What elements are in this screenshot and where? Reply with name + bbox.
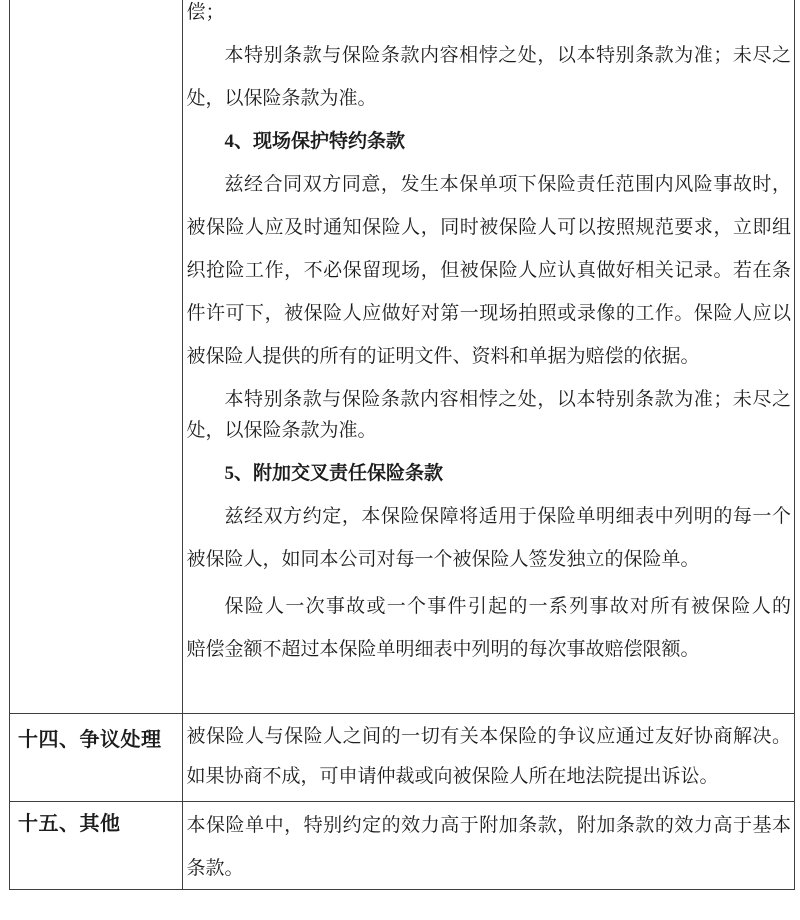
table-row-others: 十五、其他 本保险单中，特别约定的效力高于附加条款，附加条款的效力高于基本 条款… <box>10 801 794 889</box>
text-line: 本保险单中，特别约定的效力高于附加条款，附加条款的效力高于基本 <box>187 804 792 847</box>
text-line: 本特别条款与保险条款内容相悖之处，以本特别条款为准；未尽之 <box>187 34 792 77</box>
body-cell-others: 本保险单中，特别约定的效力高于附加条款，附加条款的效力高于基本 条款。 <box>183 802 795 889</box>
text-line: 被保险人应及时通知保险人，同时被保险人可以按照规范要求，立即组 <box>187 206 792 249</box>
text-line: 件许可下，被保险人应做好对第一现场拍照或录像的工作。保险人应以 <box>187 292 792 335</box>
section-label-15: 十五、其他 <box>10 802 183 889</box>
text-line: 织抢险工作，不必保留现场，但被保险人应认真做好相关记录。若在条 <box>187 249 792 292</box>
clause-heading-5: 5、附加交叉责任保险条款 <box>187 452 792 495</box>
text-line: 被保险人与保险人之间的一切有关本保险的争议应通过友好协商解决。 <box>187 717 792 757</box>
label-cell-empty <box>10 0 183 713</box>
section-label-14: 十四、争议处理 <box>10 714 183 801</box>
text-line: 兹经双方约定，本保险保障将适用于保险单明细表中列明的每一个 <box>187 495 792 538</box>
table-row-continuation: 偿； 本特别条款与保险条款内容相悖之处，以本特别条款为准；未尽之 处，以保险条款… <box>10 0 794 713</box>
text-line: 偿； <box>187 0 792 34</box>
text-line: 处，以保险条款为准。 <box>187 77 792 120</box>
policy-terms-table: 偿； 本特别条款与保险条款内容相悖之处，以本特别条款为准；未尽之 处，以保险条款… <box>9 0 795 890</box>
clause-heading-4: 4、现场保护特约条款 <box>187 120 792 163</box>
body-cell-dispute-resolution: 被保险人与保险人之间的一切有关本保险的争议应通过友好协商解决。 如果协商不成，可… <box>183 714 795 801</box>
body-cell-continuation: 偿； 本特别条款与保险条款内容相悖之处，以本特别条款为准；未尽之 处，以保险条款… <box>183 0 795 713</box>
text-line: 如果协商不成，可申请仲裁或向被保险人所在地法院提出诉讼。 <box>187 757 792 797</box>
text-line: 保险人一次事故或一个事件引起的一系列事故对所有被保险人的 <box>187 585 792 628</box>
text-line: 兹经合同双方同意，发生本保单项下保险责任范围内风险事故时， <box>187 163 792 206</box>
table-row-dispute-resolution: 十四、争议处理 被保险人与保险人之间的一切有关本保险的争议应通过友好协商解决。 … <box>10 713 794 801</box>
text-line: 被保险人提供的所有的证明文件、资料和单据为赔偿的依据。 <box>187 335 792 378</box>
text-line: 赔偿金额不超过本保险单明细表中列明的每次事故赔偿限额。 <box>187 628 792 671</box>
document-page: 偿； 本特别条款与保险条款内容相悖之处，以本特别条款为准；未尽之 处，以保险条款… <box>0 0 800 920</box>
text-line: 被保险人，如同本公司对每一个被保险人签发独立的保险单。 <box>187 538 792 581</box>
text-line: 条款。 <box>187 847 792 889</box>
